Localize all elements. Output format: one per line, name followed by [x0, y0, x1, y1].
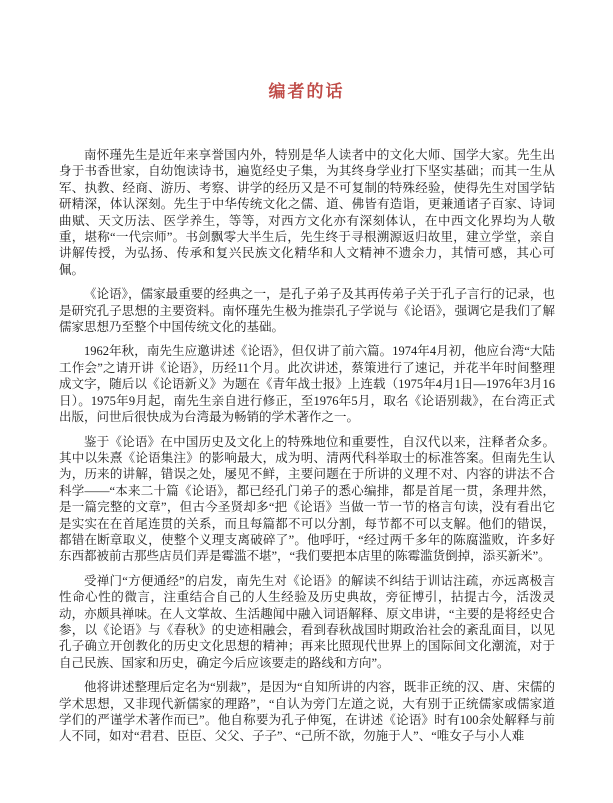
paragraph: 南怀瑾先生是近年来享誉国内外，特别是华人读者中的文化大师、国学大家。先生出身于书… [59, 147, 555, 278]
document-page: 编者的话 南怀瑾先生是近年来享誉国内外，特别是华人读者中的文化大师、国学大家。先… [0, 0, 613, 803]
page-title: 编者的话 [0, 77, 613, 102]
body-text: 南怀瑾先生是近年来享誉国内外，特别是华人读者中的文化大师、国学大家。先生出身于书… [59, 147, 555, 753]
paragraph: 《论语》，儒家最重要的经典之一，是孔子弟子及其再传弟子关于孔子言行的记录，也是研… [59, 286, 555, 335]
paragraph: 鉴于《论语》在中国历史及文化上的特殊地位和重要性，自汉代以来，注释者众多。其中以… [59, 434, 555, 565]
paragraph: 他将讲述整理后定名为“别裁”，是因为“自知所讲的内容，既非正统的汉、唐、宋儒的学… [59, 679, 555, 745]
paragraph: 受禅门“方便通经”的启发，南先生对《论语》的解读不纠结于训诂注疏，亦远离极言性命… [59, 573, 555, 671]
paragraph: 1962年秋，南先生应邀讲述《论语》，但仅讲了前六篇。1974年4月初，他应台湾… [59, 343, 555, 425]
